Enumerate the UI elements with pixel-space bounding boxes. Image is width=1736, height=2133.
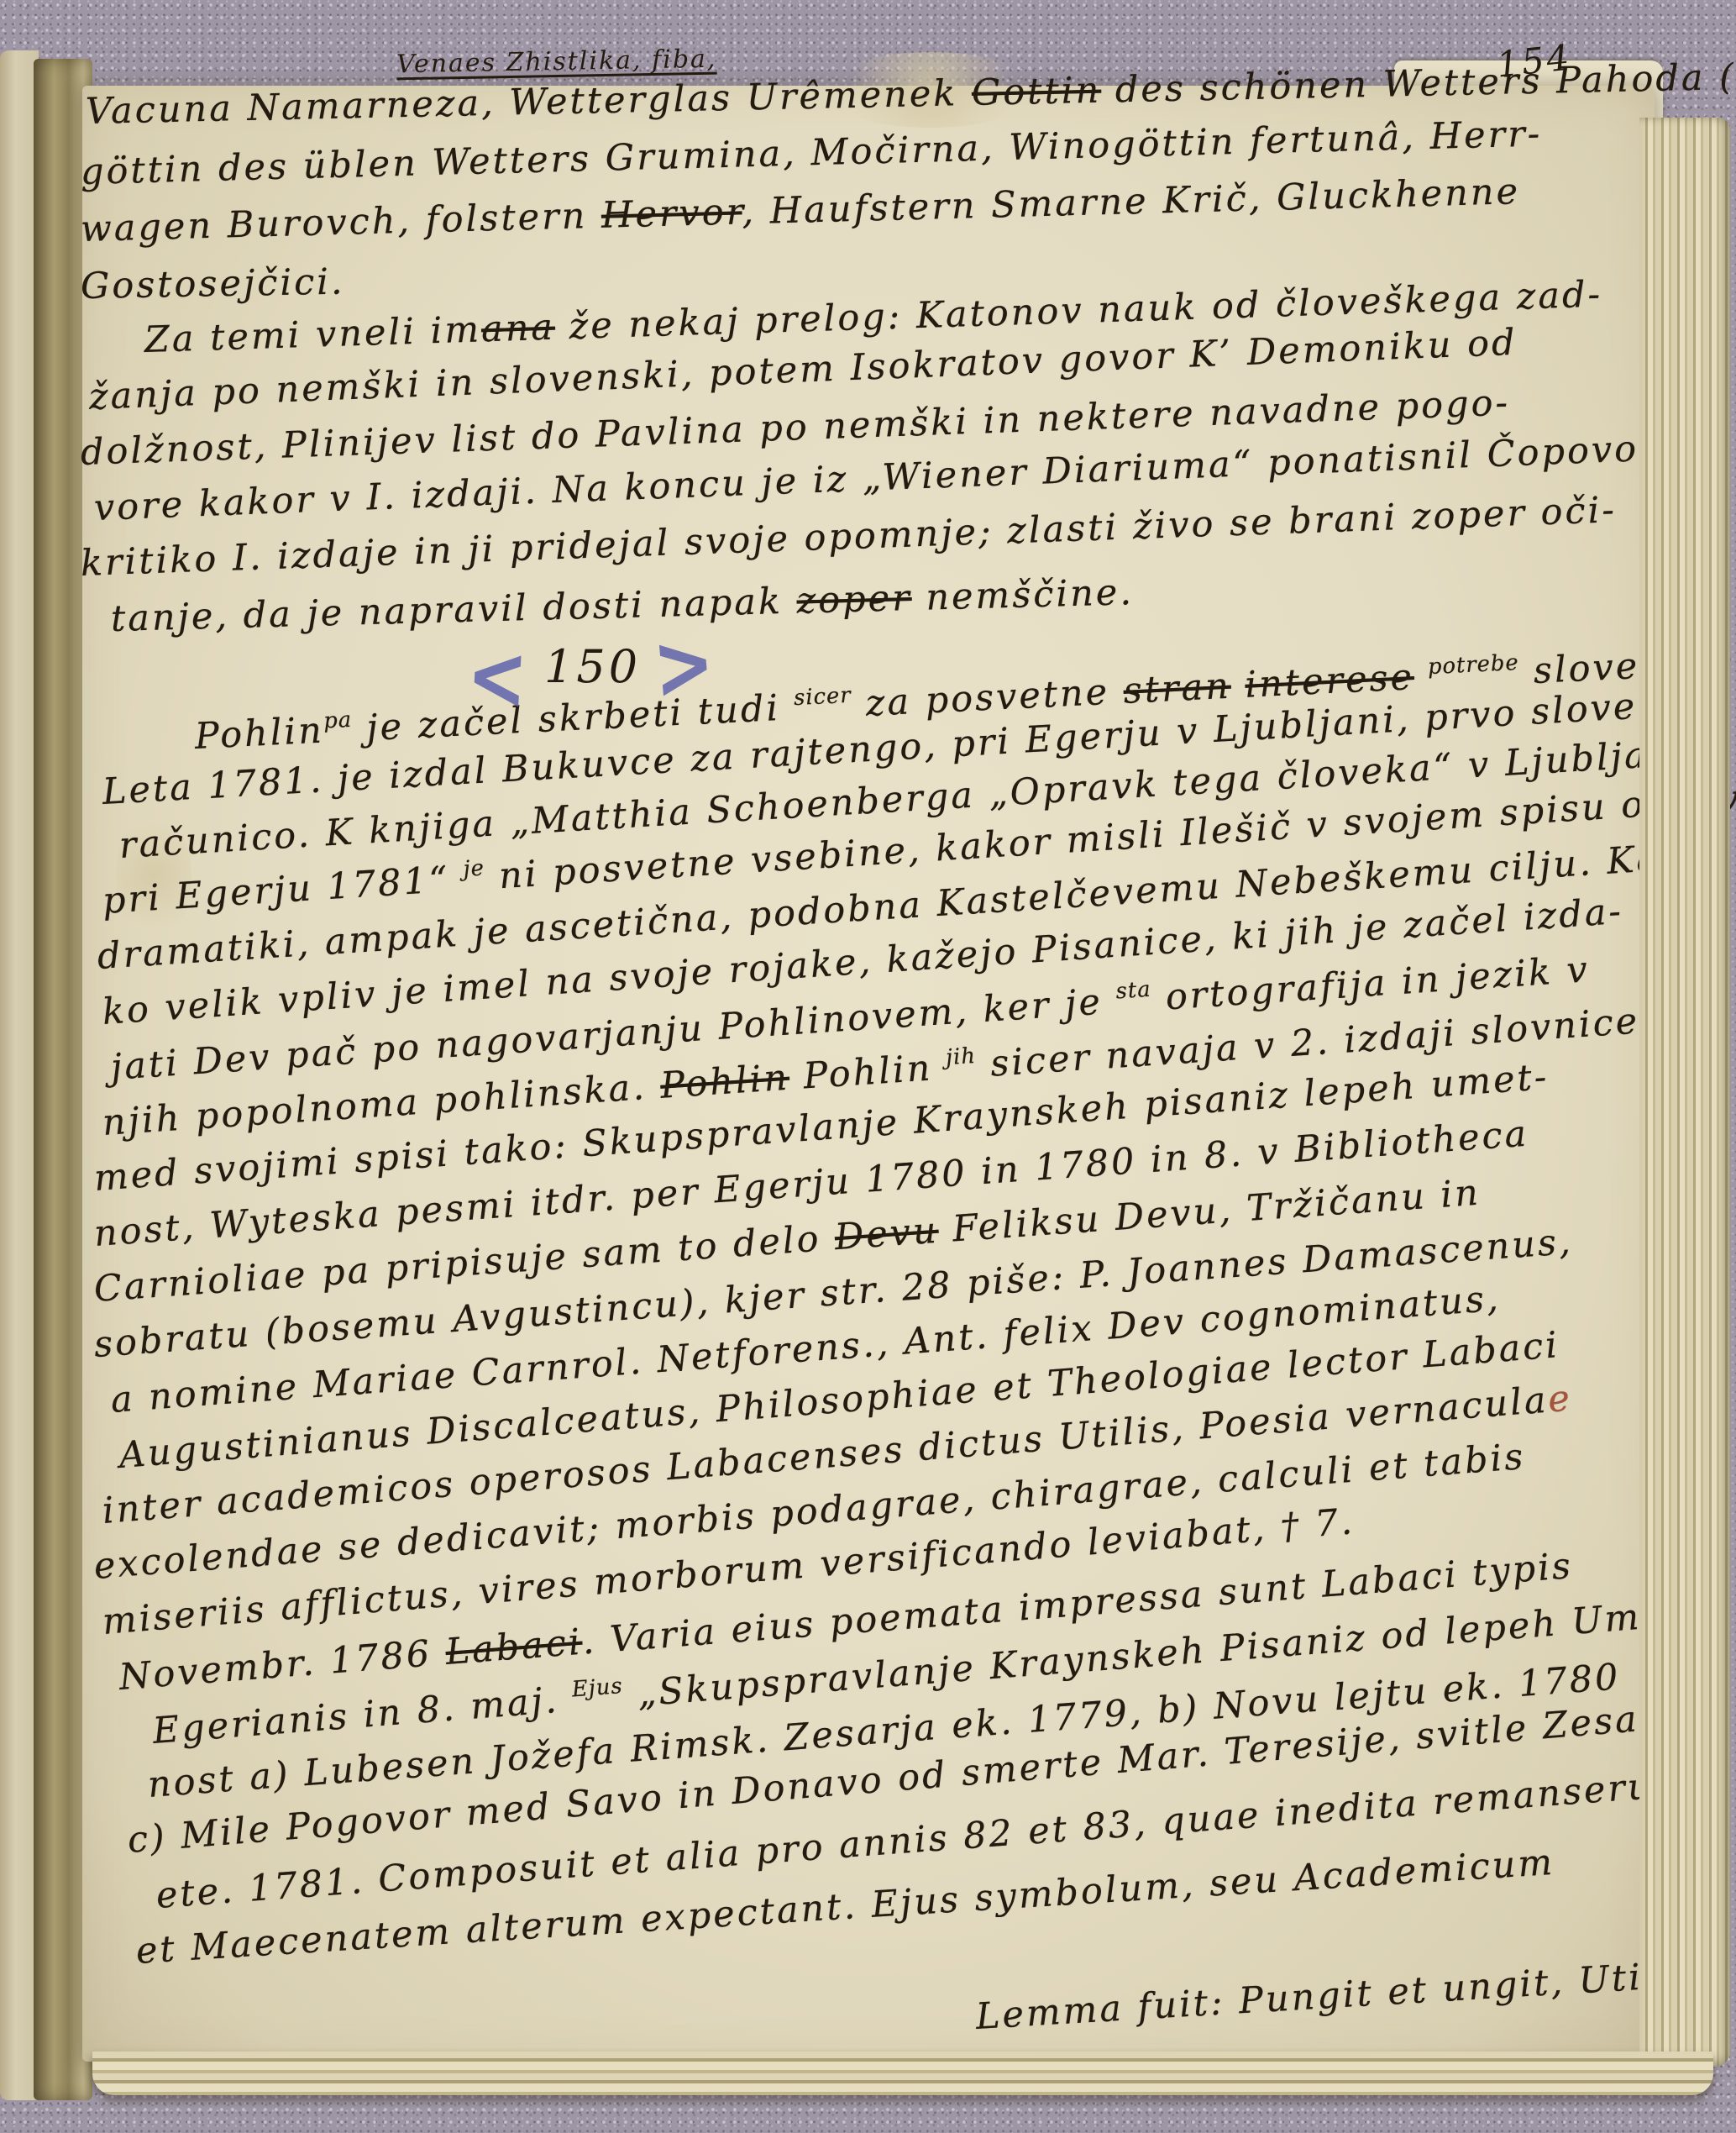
- manuscript-photo: Vacuna Namarneza, Wetterglas Urêmenek Go…: [0, 0, 1736, 2133]
- book-fore-edge-pages: [1639, 118, 1730, 2067]
- left-angle-bracket-mark: <: [464, 623, 531, 733]
- blue-pencil-marker: < 150 >: [467, 628, 719, 721]
- manuscript-line-4: Gostosejčici.: [81, 265, 345, 305]
- page-number: 154: [1495, 36, 1574, 85]
- interlinear-insertion: Venaes Zhistlika, fiba,: [396, 45, 717, 80]
- book-bottom-page-edges: [92, 2052, 1713, 2095]
- marker-number: 150: [544, 640, 641, 693]
- right-angle-bracket-mark: >: [649, 609, 718, 722]
- manuscript-line-34: Lemma fuit: Pungit et ungit, Utilis.: [975, 1956, 1707, 2036]
- manuscript-page: Vacuna Namarneza, Wetterglas Urêmenek Go…: [82, 86, 1655, 2062]
